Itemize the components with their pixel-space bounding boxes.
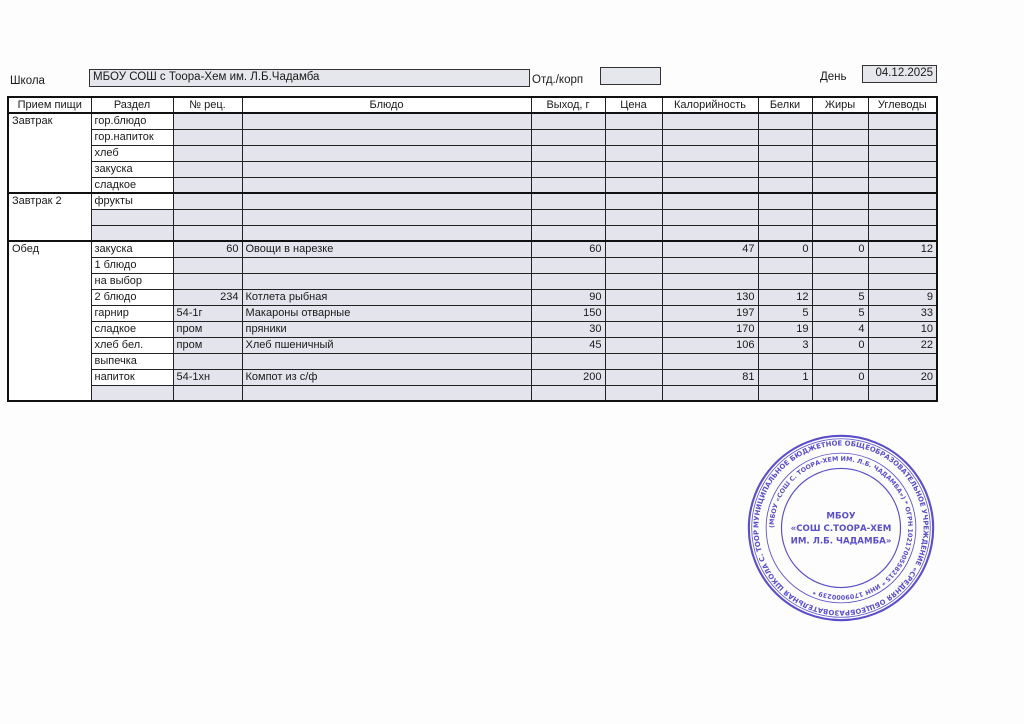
price-cell[interactable] [605,161,662,177]
carbs-cell[interactable] [868,113,937,129]
fat-cell[interactable] [812,353,868,369]
yield-cell[interactable] [531,177,605,193]
fat-cell[interactable] [812,225,868,241]
dish-cell[interactable]: Макароны отварные [242,305,531,321]
table-row: Завтракгор.блюдо [8,113,937,129]
protein-cell[interactable] [758,273,812,289]
carbs-cell[interactable] [868,257,937,273]
kcal-cell[interactable] [662,257,758,273]
carbs-cell[interactable] [868,193,937,209]
protein-cell[interactable] [758,113,812,129]
table-row: сладкоепромпряники3017019410 [8,321,937,337]
protein-cell[interactable] [758,177,812,193]
section-cell[interactable]: гор.блюдо [91,113,173,129]
fat-cell[interactable] [812,129,868,145]
table-row: выпечка [8,353,937,369]
kcal-cell[interactable] [662,113,758,129]
carbs-cell[interactable] [868,273,937,289]
kcal-cell[interactable] [662,273,758,289]
table-row: напиток54-1хнКомпот из с/ф200811020 [8,369,937,385]
table-row: хлеб бел.промХлеб пшеничный451063022 [8,337,937,353]
table-row: закуска [8,161,937,177]
fat-cell[interactable]: 5 [812,305,868,321]
fat-cell[interactable] [812,145,868,161]
section-cell[interactable]: 1 блюдо [91,257,173,273]
column-header-kcal: Калорийность [662,97,758,113]
carbs-cell[interactable] [868,129,937,145]
table-row: Завтрак 2фрукты [8,193,937,209]
dish-cell[interactable] [242,273,531,289]
dept-field[interactable] [600,67,661,85]
section-cell[interactable]: хлеб бел. [91,337,173,353]
recipe-cell[interactable] [173,209,242,225]
fat-cell[interactable]: 0 [812,369,868,385]
carbs-cell[interactable] [868,353,937,369]
fat-cell[interactable]: 0 [812,241,868,257]
kcal-cell[interactable]: 81 [662,369,758,385]
dish-cell[interactable] [242,129,531,145]
dish-cell[interactable]: Хлеб пшеничный [242,337,531,353]
table-row: на выбор [8,273,937,289]
section-cell[interactable] [91,225,173,241]
yield-cell[interactable]: 90 [531,289,605,305]
protein-cell[interactable] [758,145,812,161]
protein-cell[interactable]: 12 [758,289,812,305]
kcal-cell[interactable]: 197 [662,305,758,321]
menu-table: Прием пищиРаздел№ рец.БлюдоВыход, гЦенаК… [7,96,938,402]
protein-cell[interactable] [758,257,812,273]
price-cell[interactable] [605,177,662,193]
school-label: Школа [10,74,45,88]
price-cell[interactable] [605,273,662,289]
kcal-cell[interactable]: 170 [662,321,758,337]
section-cell[interactable]: гарнир [91,305,173,321]
yield-cell[interactable] [531,225,605,241]
carbs-cell[interactable]: 12 [868,241,937,257]
column-header-carbs: Углеводы [868,97,937,113]
kcal-cell[interactable]: 130 [662,289,758,305]
recipe-cell[interactable] [173,225,242,241]
dish-cell[interactable] [242,113,531,129]
carbs-cell[interactable]: 20 [868,369,937,385]
column-header-price: Цена [605,97,662,113]
yield-cell[interactable] [531,273,605,289]
protein-cell[interactable] [758,193,812,209]
yield-cell[interactable] [531,145,605,161]
table-row: 1 блюдо [8,257,937,273]
day-field[interactable]: 04.12.2025 [862,65,937,83]
recipe-cell[interactable]: 234 [173,289,242,305]
protein-cell[interactable] [758,209,812,225]
recipe-cell[interactable]: 54-1г [173,305,242,321]
price-cell[interactable] [605,289,662,305]
price-cell[interactable] [605,305,662,321]
recipe-cell[interactable] [173,353,242,369]
table-row: сладкое [8,177,937,193]
price-cell[interactable] [605,337,662,353]
price-cell[interactable] [605,113,662,129]
yield-cell[interactable] [531,209,605,225]
dish-cell[interactable]: Котлета рыбная [242,289,531,305]
kcal-cell[interactable] [662,385,758,401]
kcal-cell[interactable] [662,209,758,225]
price-cell[interactable] [605,225,662,241]
fat-cell[interactable]: 0 [812,337,868,353]
protein-cell[interactable]: 3 [758,337,812,353]
kcal-cell[interactable] [662,353,758,369]
yield-cell[interactable] [531,129,605,145]
dept-label: Отд./корп [532,73,583,87]
recipe-cell[interactable] [173,385,242,401]
column-header-fat: Жиры [812,97,868,113]
yield-cell[interactable] [531,385,605,401]
carbs-cell[interactable]: 9 [868,289,937,305]
kcal-cell[interactable] [662,225,758,241]
recipe-cell[interactable]: 60 [173,241,242,257]
fat-cell[interactable] [812,209,868,225]
table-row: хлеб [8,145,937,161]
svg-text:ИМ. Л.Б. ЧАДАМБА»: ИМ. Л.Б. ЧАДАМБА» [791,536,892,546]
table-row: гор.напиток [8,129,937,145]
protein-cell[interactable]: 5 [758,305,812,321]
section-cell[interactable]: выпечка [91,353,173,369]
section-cell[interactable]: сладкое [91,321,173,337]
price-cell[interactable] [605,385,662,401]
table-row: Обедзакуска60Овощи в нарезке60470012 [8,241,937,257]
recipe-cell[interactable] [173,177,242,193]
table-header-row: Прием пищиРаздел№ рец.БлюдоВыход, гЦенаК… [8,97,937,113]
kcal-cell[interactable] [662,193,758,209]
dish-cell[interactable]: Овощи в нарезке [242,241,531,257]
fat-cell[interactable] [812,385,868,401]
table-row: гарнир54-1гМакароны отварные1501975533 [8,305,937,321]
kcal-cell[interactable] [662,145,758,161]
table-row [8,225,937,241]
section-cell[interactable]: закуска [91,241,173,257]
price-cell[interactable] [605,353,662,369]
price-cell[interactable] [605,129,662,145]
yield-cell[interactable]: 30 [531,321,605,337]
protein-cell[interactable]: 0 [758,241,812,257]
school-stamp: МУНИЦИПАЛЬНОЕ БЮДЖЕТНОЕ ОБЩЕОБРАЗОВАТЕЛЬ… [745,432,937,624]
column-header-yield: Выход, г [531,97,605,113]
recipe-cell[interactable] [173,113,242,129]
recipe-cell[interactable]: 54-1хн [173,369,242,385]
section-cell[interactable]: напиток [91,369,173,385]
kcal-cell[interactable] [662,161,758,177]
column-header-meal: Прием пищи [8,97,91,113]
yield-cell[interactable] [531,113,605,129]
column-header-dish: Блюдо [242,97,531,113]
carbs-cell[interactable] [868,225,937,241]
yield-cell[interactable]: 150 [531,305,605,321]
kcal-cell[interactable]: 47 [662,241,758,257]
protein-cell[interactable]: 19 [758,321,812,337]
price-cell[interactable] [605,145,662,161]
price-cell[interactable] [605,193,662,209]
fat-cell[interactable] [812,113,868,129]
dish-cell[interactable] [242,145,531,161]
svg-text:«СОШ С.ТООРА-ХЕМ: «СОШ С.ТООРА-ХЕМ [791,524,892,534]
meal-cell: Обед [8,241,91,401]
protein-cell[interactable] [758,129,812,145]
recipe-cell[interactable] [173,129,242,145]
meal-cell: Завтрак 2 [8,193,91,241]
dish-cell[interactable] [242,177,531,193]
section-cell[interactable]: на выбор [91,273,173,289]
fat-cell[interactable] [812,193,868,209]
yield-cell[interactable]: 200 [531,369,605,385]
dish-cell[interactable]: Компот из с/ф [242,369,531,385]
yield-cell[interactable]: 45 [531,337,605,353]
dish-cell[interactable] [242,385,531,401]
dish-cell[interactable]: пряники [242,321,531,337]
table-row [8,209,937,225]
table-row [8,385,937,401]
recipe-cell[interactable]: пром [173,337,242,353]
recipe-cell[interactable] [173,193,242,209]
kcal-cell[interactable]: 106 [662,337,758,353]
fat-cell[interactable]: 5 [812,289,868,305]
dish-cell[interactable] [242,209,531,225]
recipe-cell[interactable]: пром [173,321,242,337]
fat-cell[interactable] [812,273,868,289]
fat-cell[interactable] [812,257,868,273]
section-cell[interactable]: сладкое [91,177,173,193]
dish-cell[interactable] [242,193,531,209]
yield-cell[interactable]: 60 [531,241,605,257]
day-label: День [820,70,847,84]
recipe-cell[interactable] [173,161,242,177]
yield-cell[interactable] [531,257,605,273]
price-cell[interactable] [605,369,662,385]
section-cell[interactable]: 2 блюдо [91,289,173,305]
carbs-cell[interactable] [868,145,937,161]
carbs-cell[interactable]: 33 [868,305,937,321]
carbs-cell[interactable] [868,177,937,193]
section-cell[interactable]: фрукты [91,193,173,209]
section-cell[interactable]: закуска [91,161,173,177]
column-header-recipe: № рец. [173,97,242,113]
protein-cell[interactable] [758,225,812,241]
protein-cell[interactable] [758,353,812,369]
price-cell[interactable] [605,321,662,337]
protein-cell[interactable]: 1 [758,369,812,385]
fat-cell[interactable]: 4 [812,321,868,337]
table-row: 2 блюдо234Котлета рыбная901301259 [8,289,937,305]
yield-cell[interactable] [531,161,605,177]
carbs-cell[interactable] [868,161,937,177]
protein-cell[interactable] [758,385,812,401]
recipe-cell[interactable] [173,145,242,161]
carbs-cell[interactable]: 22 [868,337,937,353]
meal-cell: Завтрак [8,113,91,193]
fat-cell[interactable] [812,177,868,193]
section-cell[interactable]: хлеб [91,145,173,161]
section-cell[interactable] [91,209,173,225]
price-cell[interactable] [605,257,662,273]
recipe-cell[interactable] [173,257,242,273]
section-cell[interactable] [91,385,173,401]
carbs-cell[interactable] [868,209,937,225]
protein-cell[interactable] [758,161,812,177]
dish-cell[interactable] [242,257,531,273]
section-cell[interactable]: гор.напиток [91,129,173,145]
svg-text:МБОУ: МБОУ [826,511,855,521]
column-header-protein: Белки [758,97,812,113]
column-header-section: Раздел [91,97,173,113]
school-field[interactable]: МБОУ СОШ с Тоора-Хем им. Л.Б.Чадамба [89,69,530,87]
dish-cell[interactable] [242,161,531,177]
dish-cell[interactable] [242,353,531,369]
yield-cell[interactable] [531,193,605,209]
yield-cell[interactable] [531,353,605,369]
carbs-cell[interactable]: 10 [868,321,937,337]
kcal-cell[interactable] [662,177,758,193]
recipe-cell[interactable] [173,273,242,289]
kcal-cell[interactable] [662,129,758,145]
price-cell[interactable] [605,209,662,225]
fat-cell[interactable] [812,161,868,177]
dish-cell[interactable] [242,225,531,241]
carbs-cell[interactable] [868,385,937,401]
price-cell[interactable] [605,241,662,257]
